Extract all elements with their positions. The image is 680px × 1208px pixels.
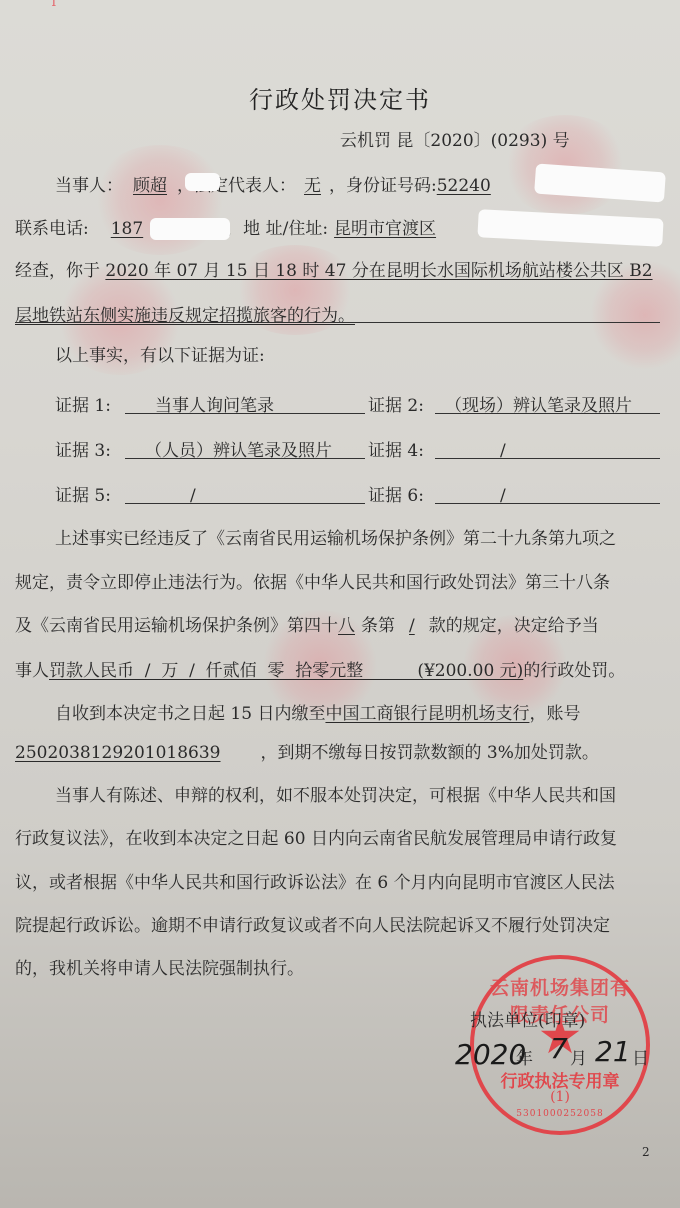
page-number: 2	[642, 1145, 650, 1159]
facts-prefix: 经查，你于	[15, 261, 100, 281]
redaction	[477, 209, 663, 247]
seal-number: (1)	[474, 1089, 646, 1105]
violation-line-2: 规定，责令立即停止违法行为。依据《中华人民共和国行政处罚法》第三十八条	[15, 572, 610, 594]
clause-number: /	[395, 616, 429, 636]
account-number: 2502038129201018639	[15, 743, 261, 763]
handwritten-month: 7	[550, 1032, 568, 1065]
violation-line-3: 及《云南省民用运输机场保护条例》第四十八条第/款的规定，决定给予当	[15, 615, 599, 637]
payment-line-1: 自收到本决定书之日起 15 日内缴至中国工商银行昆明机场支行，账号	[55, 703, 580, 725]
document-page: ˇ ı 行政处罚决定书 云机罚 昆〔2020〕(0293) 号 当事人：顾超，法…	[0, 0, 680, 1208]
evidence-intro: 以上事实，有以下证据为证:	[55, 345, 265, 367]
facts-line-2: 层地铁站东侧实施违反规定招揽旅客的行为。	[15, 305, 355, 327]
legal-rep-value: 无	[296, 176, 329, 196]
address-value: 昆明市官渡区	[328, 219, 436, 239]
payment-text: ，到期不缴每日按罚款数额的 3%加处罚款。	[261, 743, 599, 763]
violation-line-4: 事人罚款人民币 / 万 / 仟贰佰 零 拾零元整 (¥200.00 元)的行政处…	[15, 660, 625, 682]
evidence-2-label: 证据 2:	[368, 395, 424, 417]
facts-detail: 2020 年 07 月 15 日 18 时 47 分在昆明长水国际机场航站楼公共…	[105, 261, 652, 281]
id-number: 52240	[437, 176, 491, 196]
facts-line-1: 经查，你于 2020 年 07 月 15 日 18 时 47 分在昆明长水国际机…	[15, 260, 653, 282]
violation-text: 事人	[15, 661, 49, 681]
penalty-amount: 罚款人民币 / 万 / 仟贰佰 零 拾零元整 (¥200.00 元)	[49, 661, 523, 681]
underline	[125, 413, 365, 414]
violation-line-1: 上述事实已经违反了《云南省民用运输机场保护条例》第二十九条第九项之	[55, 528, 616, 550]
handwritten-day: 21	[595, 1035, 631, 1068]
address-label: ，地 址/住址:	[226, 219, 328, 239]
id-label: ，身份证号码:	[329, 176, 437, 196]
rights-line-2: 行政复议法》，在收到本决定之日起 60 日内向云南省民航发展管理局申请行政复	[15, 828, 617, 850]
underline	[125, 503, 365, 504]
year-label: 年	[516, 1048, 533, 1070]
party-name: 顾超	[123, 176, 177, 196]
payment-text: ，账号	[529, 704, 580, 724]
rights-line-1: 当事人有陈述、申辩的权利，如不服本处罚决定，可根据《中华人民共和国	[55, 785, 616, 807]
evidence-5-label: 证据 5:	[55, 485, 111, 507]
document-number: 云机罚 昆〔2020〕(0293) 号	[340, 130, 570, 152]
top-red-mark: ˇ ı	[40, 0, 56, 10]
party-line: 当事人：顾超，法定代表人：无，身份证号码:52240	[55, 175, 491, 197]
evidence-3-label: 证据 3:	[55, 440, 111, 462]
month-label: 月	[570, 1048, 587, 1070]
underline	[125, 458, 365, 459]
redaction	[185, 173, 220, 191]
underline	[15, 322, 660, 323]
day-label: 日	[632, 1048, 649, 1070]
underline	[435, 458, 660, 459]
violation-text: 的行政处罚。	[523, 661, 625, 681]
underline	[435, 503, 660, 504]
party-label: 当事人：	[55, 176, 123, 196]
payment-text: 自收到本决定书之日起 15 日内缴至	[55, 704, 325, 724]
redaction	[534, 164, 666, 203]
redaction	[150, 218, 230, 240]
evidence-6-label: 证据 6:	[368, 485, 424, 507]
enforcement-unit-label: 执法单位(印章)	[470, 1010, 585, 1032]
rights-line-5: 的，我机关将申请人民法院强制执行。	[15, 958, 304, 980]
payment-line-2: 2502038129201018639，到期不缴每日按罚款数额的 3%加处罚款。	[15, 742, 599, 764]
phone-number: 187	[89, 219, 151, 239]
violation-text: 款的规定，决定给予当	[429, 616, 599, 636]
violation-text: 条第	[361, 616, 395, 636]
phone-label: 联系电话:	[15, 219, 89, 239]
rights-line-3: 议，或者根据《中华人民共和国行政诉讼法》在 6 个月内向昆明市官渡区人民法	[15, 872, 615, 894]
seal-code: 5301000252058	[474, 1109, 646, 1119]
article-number: 八	[338, 616, 361, 636]
underline	[435, 413, 660, 414]
violation-text: 及《云南省民用运输机场保护条例》第四十	[15, 616, 338, 636]
evidence-1-label: 证据 1:	[55, 395, 111, 417]
evidence-4-label: 证据 4:	[368, 440, 424, 462]
document-title: 行政处罚决定书	[0, 80, 680, 115]
rights-line-4: 院提起行政诉讼。逾期不申请行政复议或者不向人民法院起诉又不履行处罚决定	[15, 915, 610, 937]
bank-name: 中国工商银行昆明机场支行	[325, 704, 529, 724]
